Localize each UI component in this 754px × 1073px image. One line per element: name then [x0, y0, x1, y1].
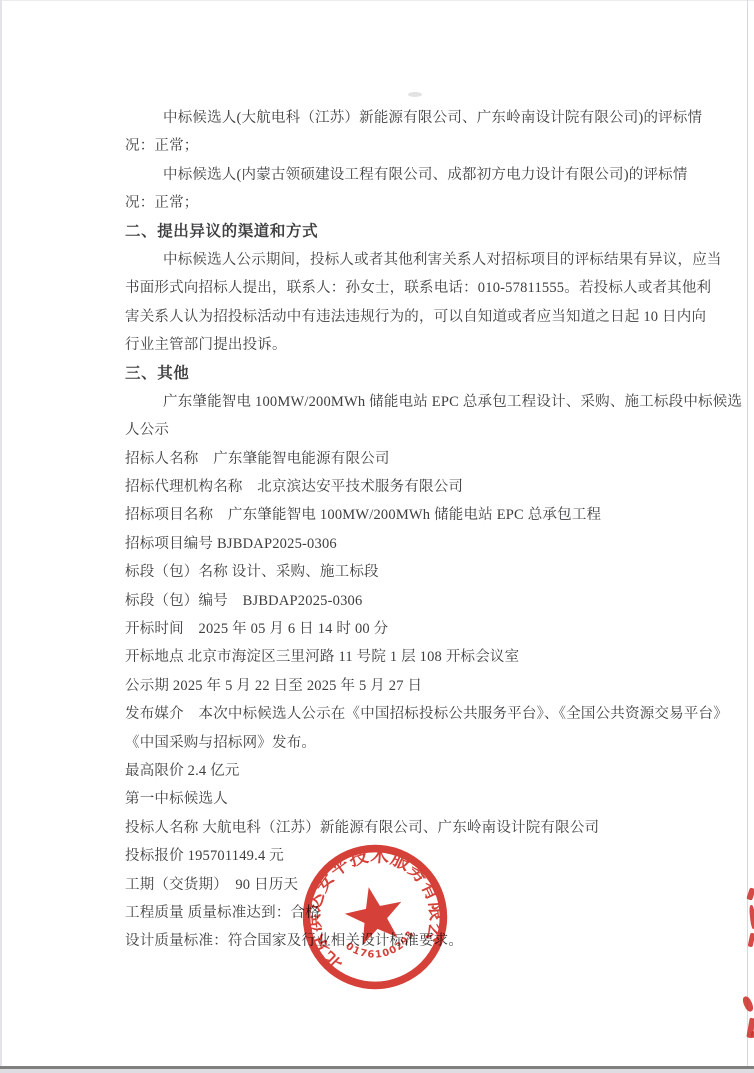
page-edge-right	[747, 0, 748, 1067]
document-line: 行业主管部门提出投诉。	[125, 331, 685, 359]
scanned-document-page: 中标候选人(大航电科（江苏）新能源有限公司、广东岭南设计院有限公司)的评标情况：…	[0, 0, 754, 1073]
document-line: 人公示	[125, 416, 685, 444]
document-line: 况：正常；	[125, 189, 685, 217]
document-line: 开标地点 北京市海淀区三里河路 11 号院 1 层 108 开标会议室	[125, 643, 685, 671]
stamp-ink-fragment	[741, 995, 754, 1013]
document-line: 中标候选人公示期间，投标人或者其他利害关系人对招标项目的评标结果有异议，应当	[125, 246, 685, 274]
document-line: 第一中标候选人	[125, 785, 685, 813]
document-line: 中标候选人(内蒙古领硕建设工程有限公司、成都初方电力设计有限公司)的评标情	[125, 161, 685, 189]
document-line: 招标项目名称 广东肇能智电 100MW/200MWh 储能电站 EPC 总承包工…	[125, 501, 685, 529]
document-line: 开标时间 2025 年 05 月 6 日 14 时 00 分	[125, 615, 685, 643]
document-line: 发布媒介 本次中标候选人公示在《中国招标投标公共服务平台》、《全国公共资源交易平…	[125, 700, 685, 728]
star-icon	[340, 881, 408, 947]
document-line: 招标代理机构名称 北京滨达安平技术服务有限公司	[125, 473, 685, 501]
page-edge-bottom-shadow	[0, 1069, 754, 1073]
scan-smudge	[408, 92, 422, 97]
document-line: 害关系人认为招投标活动中有违法违规行为的，可以自知道或者应当知道之日起 10 日…	[125, 303, 685, 331]
document-line: 《中国采购与招标网》发布。	[125, 729, 685, 757]
document-line: 最高限价 2.4 亿元	[125, 757, 685, 785]
section-heading: 三、其他	[125, 360, 685, 388]
document-line: 中标候选人(大航电科（江苏）新能源有限公司、广东岭南设计院有限公司)的评标情	[125, 104, 685, 132]
document-line: 标段（包）编号 BJBDAP2025-0306	[125, 587, 685, 615]
page-edge-top	[0, 0, 754, 1]
document-line: 招标项目编号 BJBDAP2025-0306	[125, 530, 685, 558]
page-edge-left	[0, 0, 2, 1068]
stamp-ink-fragment	[749, 905, 754, 929]
document-line: 公示期 2025 年 5 月 22 日至 2025 年 5 月 27 日	[125, 672, 685, 700]
document-line: 况：正常；	[125, 132, 685, 160]
stamp-ink-fragment	[748, 933, 754, 948]
document-line: 招标人名称 广东肇能智电能源有限公司	[125, 445, 685, 473]
company-seal: 北京滨达安平技术服务有限公司 11017610029313	[285, 827, 465, 1007]
document-lines: 中标候选人(大航电科（江苏）新能源有限公司、广东岭南设计院有限公司)的评标情况：…	[125, 104, 685, 956]
document-line: 标段（包）名称 设计、采购、施工标段	[125, 558, 685, 586]
section-heading: 二、提出异议的渠道和方式	[125, 218, 685, 246]
document-line: 书面形式向招标人提出，联系人：孙女士，联系电话：010-57811555。若投标…	[125, 274, 685, 302]
document-line: 广东肇能智电 100MW/200MWh 储能电站 EPC 总承包工程设计、采购、…	[125, 388, 685, 416]
